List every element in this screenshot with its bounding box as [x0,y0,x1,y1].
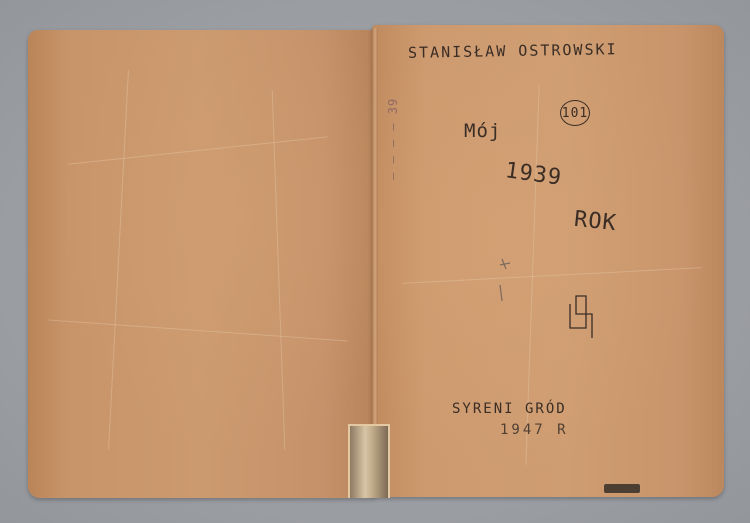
catalog-number-circle: 101 [560,100,590,126]
title-word-rok: ROK [573,207,618,236]
binding-clip [604,484,640,493]
pencil-marks-icon [494,255,524,305]
back-cover [28,30,376,498]
crease-line [402,267,702,284]
author-name: STANISŁAW OSTROWSKI [408,40,618,62]
monogram-icon [566,294,600,342]
date-text: 1947 R [500,422,569,438]
crease-line [108,70,129,450]
crease-line [48,320,347,342]
title-word-moj: Mój [464,120,501,142]
crease-line [272,90,286,450]
torn-spine-bottom [348,424,390,498]
place-text: SYRENI GRÓD [452,401,567,417]
crease-line [69,136,328,164]
spine-faint-note: — — — — 39 [386,98,400,180]
